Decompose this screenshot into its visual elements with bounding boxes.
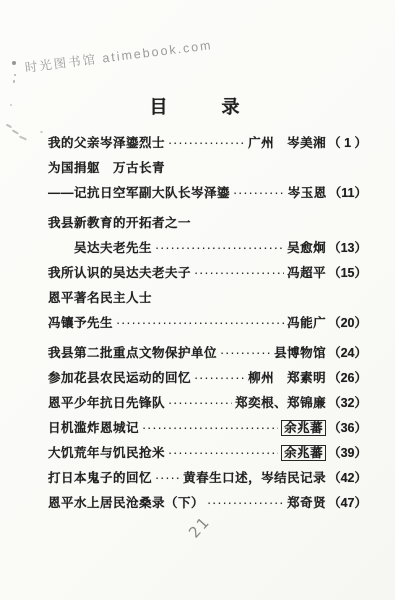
- toc-entry-page-number: （42）: [328, 466, 367, 491]
- dot-leader: ········································…: [142, 416, 278, 441]
- toc-entry-author: 黄春生口述，岑结民记录: [183, 466, 326, 491]
- scan-scratch: [19, 135, 27, 140]
- toc-entry-page-number: （36）: [328, 416, 367, 441]
- toc-entry-author: 广州 岑美湘: [248, 131, 326, 156]
- toc-entry-page-number: （32）: [328, 391, 367, 416]
- toc-entry: 冯镶予先生 ··································…: [48, 311, 367, 336]
- toc-entry-page-number: （24）: [328, 341, 367, 366]
- toc-entry-title: ——记抗日空军副大队长岑泽鎏: [48, 181, 230, 206]
- toc-entry-author: 吴愈炯: [287, 236, 326, 261]
- toc-entry-author: 岑玉恩: [288, 181, 327, 206]
- toc-entry: 恩平水上居民沧桑录（下） ···························…: [48, 491, 367, 516]
- toc-entry-page-number: （20）: [328, 311, 367, 336]
- toc-entry-title: 我所认识的吴达夫老夫子: [48, 261, 191, 286]
- watermark-text: 时光图书馆 atimebook.com: [24, 35, 214, 76]
- toc-entry: 恩平著名民主人士: [48, 286, 367, 311]
- toc-entry: 我县新教育的开拓者之一: [48, 211, 367, 236]
- toc-entry-title: 我县第二批重点文物保护单位: [48, 341, 217, 366]
- toc-entry: 大饥荒年与饥民抢米 ······························…: [48, 441, 367, 466]
- toc-entry-author: 柳州 郑素明: [248, 366, 326, 391]
- toc-entry-title: 吴达夫老先生: [48, 236, 152, 261]
- dot-leader: ········································…: [194, 261, 284, 286]
- toc-entry-page-number: （15）: [328, 261, 367, 286]
- toc-entry-page-number: （39）: [328, 441, 367, 466]
- toc-entry-author: 冯超平: [287, 261, 326, 286]
- toc-entry-page-number: （47）: [328, 491, 367, 516]
- scan-scratch: [12, 129, 19, 134]
- toc-entry-title: 恩平水上居民沧桑录（下）: [48, 491, 204, 516]
- toc-entry: 日机滥炸恩城记 ································…: [48, 416, 367, 441]
- dot-leader: ········································…: [194, 366, 245, 391]
- dot-leader: ········································…: [220, 341, 271, 366]
- dot-leader: ········································…: [168, 131, 245, 156]
- dot-leader: ········································…: [233, 181, 285, 206]
- toc-entry-title: 日机滥炸恩城记: [48, 416, 139, 441]
- dot-leader: ········································…: [116, 311, 284, 336]
- toc-entry-title: 我的父亲岑泽鎏烈士: [48, 131, 165, 156]
- scan-speck: [13, 80, 15, 83]
- toc-entry: 为国捐躯 万古长青: [48, 156, 367, 181]
- toc-entry-title: 冯镶予先生: [48, 311, 113, 336]
- toc-entry-author: 冯能广: [287, 311, 326, 336]
- scan-scratch: [6, 124, 12, 128]
- toc-entry-page-number: （26）: [328, 366, 367, 391]
- toc-entry-title: 为国捐躯 万古长青: [48, 156, 165, 181]
- dot-leader: ········································…: [168, 391, 232, 416]
- toc-entry-page-number: （13）: [328, 236, 367, 261]
- toc-entry: ——记抗日空军副大队长岑泽鎏 ·························…: [48, 181, 367, 206]
- toc-entry-author: 郑奕根、郑锦廉: [235, 391, 326, 416]
- toc-entry-page-number: （11）: [329, 181, 367, 206]
- toc-entry-title: 我县新教育的开拓者之一: [48, 211, 191, 236]
- dot-leader: ········································…: [207, 491, 284, 516]
- table-of-contents: 我的父亲岑泽鎏烈士 ······························…: [48, 131, 367, 516]
- scan-speck: [14, 74, 16, 76]
- scan-speck: [12, 61, 16, 65]
- dot-leader: ········································…: [155, 466, 180, 491]
- scan-speck: [40, 131, 43, 133]
- toc-entry-author: 余兆蕃: [281, 420, 326, 436]
- toc-entry-author: 县博物馆: [274, 341, 326, 366]
- toc-entry: 我县第二批重点文物保护单位 ··························…: [48, 341, 367, 366]
- scanned-book-page: 时光图书馆 atimebook.com 目 录 我的父亲岑泽鎏烈士 ······…: [0, 0, 395, 600]
- toc-entry-title: 恩平少年抗日先锋队: [48, 391, 165, 416]
- handwritten-page-number: 21: [185, 512, 214, 541]
- toc-entry: 我的父亲岑泽鎏烈士 ······························…: [48, 131, 367, 156]
- toc-entry-title: 恩平著名民主人士: [48, 286, 152, 311]
- toc-entry-title: 打日本鬼子的回忆: [48, 466, 152, 491]
- toc-entry: 恩平少年抗日先锋队 ······························…: [48, 391, 367, 416]
- toc-entry-author: 余兆蕃: [281, 445, 326, 461]
- toc-entry: 打日本鬼子的回忆 ·······························…: [48, 466, 367, 491]
- toc-entry-title: 参加花县农民运动的回忆: [48, 366, 191, 391]
- toc-entry-title: 大饥荒年与饥民抢米: [48, 441, 165, 466]
- toc-entry: 我所认识的吴达夫老夫子 ····························…: [48, 261, 367, 286]
- toc-entry: 吴达夫老先生 ·································…: [48, 236, 367, 261]
- page-title: 目 录: [0, 93, 395, 119]
- dot-leader: ········································…: [155, 236, 284, 261]
- dot-leader: ········································…: [168, 441, 278, 466]
- toc-entry-page-number: （ 1 ）: [328, 131, 367, 156]
- toc-entry-author: 郑奇贤: [287, 491, 326, 516]
- toc-entry: 参加花县农民运动的回忆 ····························…: [48, 366, 367, 391]
